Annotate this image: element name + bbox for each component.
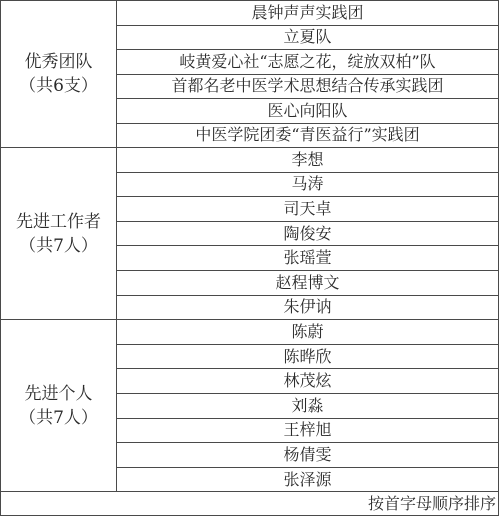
category-count: （共7人） bbox=[1, 234, 116, 258]
awards-table: 优秀团队 （共6支） 晨钟声声实践团 立夏队 岐黄爱心社“志愿之花，绽放双柏”队… bbox=[0, 0, 499, 516]
person-name: 杨倩雯 bbox=[117, 443, 499, 468]
category-cell-workers: 先进工作者 （共7人） bbox=[1, 148, 117, 320]
category-cell-individuals: 先进个人 （共7人） bbox=[1, 320, 117, 492]
person-name: 李想 bbox=[117, 148, 499, 173]
person-name: 张泽源 bbox=[117, 467, 499, 492]
team-name: 医心向阳队 bbox=[117, 99, 499, 124]
person-name: 陶俊安 bbox=[117, 221, 499, 246]
person-name: 马涛 bbox=[117, 172, 499, 197]
category-label: 先进个人 bbox=[1, 382, 116, 406]
person-name: 司天卓 bbox=[117, 197, 499, 222]
person-name: 赵程博文 bbox=[117, 270, 499, 295]
person-name: 刘淼 bbox=[117, 393, 499, 418]
person-name: 陈晔欣 bbox=[117, 344, 499, 369]
category-label: 先进工作者 bbox=[1, 210, 116, 234]
team-name: 中医学院团委“青医益行”实践团 bbox=[117, 123, 499, 148]
team-name: 岐黄爱心社“志愿之花，绽放双柏”队 bbox=[117, 50, 499, 75]
category-count: （共6支） bbox=[1, 74, 116, 98]
sort-note: 按首字母顺序排序 bbox=[1, 492, 499, 516]
table-row: 先进个人 （共7人） 陈蔚 bbox=[1, 320, 499, 345]
category-count: （共7人） bbox=[1, 406, 116, 430]
team-name: 晨钟声声实践团 bbox=[117, 1, 499, 26]
person-name: 王梓旭 bbox=[117, 418, 499, 443]
category-label: 优秀团队 bbox=[1, 50, 116, 74]
category-cell-teams: 优秀团队 （共6支） bbox=[1, 1, 117, 148]
person-name: 林茂炫 bbox=[117, 369, 499, 394]
footer-row: 按首字母顺序排序 bbox=[1, 492, 499, 516]
person-name: 张瑶萱 bbox=[117, 246, 499, 271]
table-row: 先进工作者 （共7人） 李想 bbox=[1, 148, 499, 173]
team-name: 首都名老中医学术思想结合传承实践团 bbox=[117, 74, 499, 99]
person-name: 朱伊讷 bbox=[117, 295, 499, 320]
person-name: 陈蔚 bbox=[117, 320, 499, 345]
table-row: 优秀团队 （共6支） 晨钟声声实践团 bbox=[1, 1, 499, 26]
team-name: 立夏队 bbox=[117, 25, 499, 50]
